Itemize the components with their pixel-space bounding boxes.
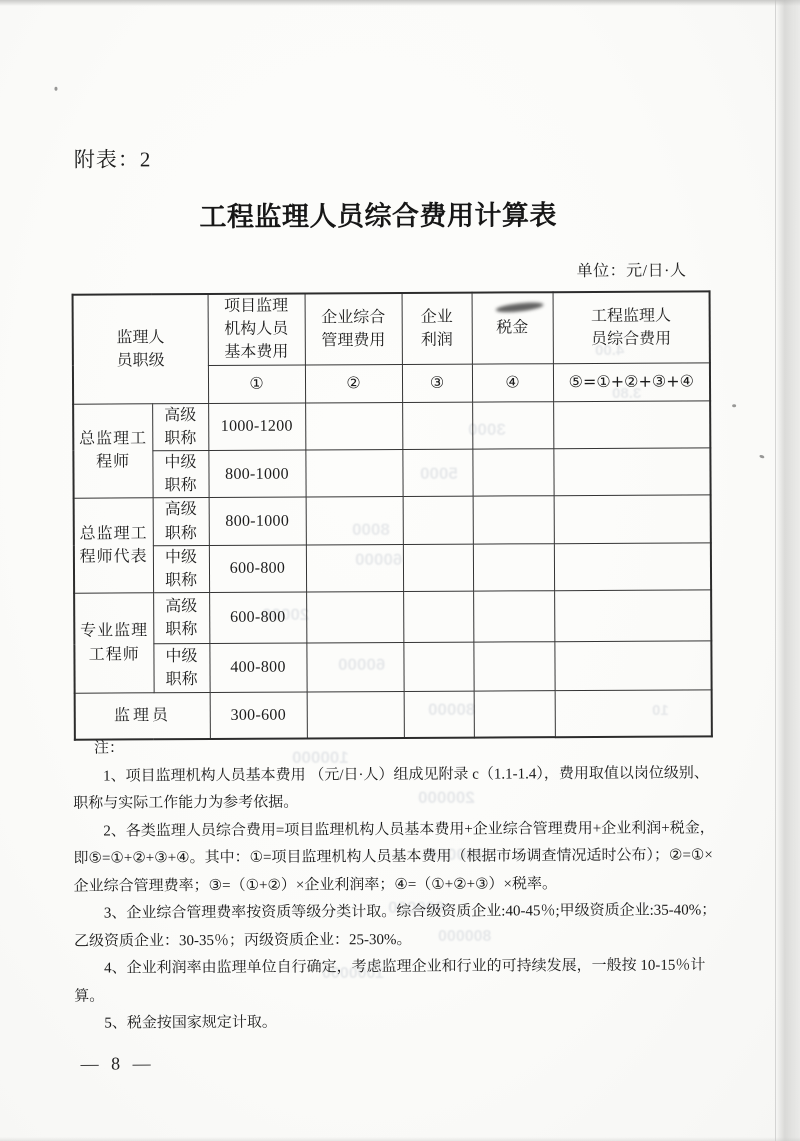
page-number: — 8 — (81, 1053, 155, 1074)
fee-calculation-table: 监理人 员职级 项目监理 机构人员 基本费用 企业综合 管理费用 企业 利润 税… (72, 290, 713, 740)
empty-cell (472, 449, 553, 497)
empty-cell (554, 590, 711, 642)
group-chief-representative: 总监理工 程师代表 (74, 498, 153, 593)
empty-cell (403, 496, 473, 544)
header-profit: 企业 利润 (402, 293, 472, 364)
header-mgmt-fee: 企业综合 管理费用 (305, 293, 402, 365)
empty-cell (403, 591, 473, 642)
notes-section: 注： 1、项目监理机构人员基本费用 （元/日·人）组成见附录 c（1.1-1.4… (73, 732, 719, 1038)
subheader-5-formula: ⑤=①+②+③+④ (553, 362, 710, 401)
empty-cell (473, 591, 554, 642)
basic-fee-value: 400-800 (209, 643, 306, 693)
basic-fee-value: 800-1000 (208, 450, 305, 498)
subheader-1: ① (208, 365, 305, 404)
title-senior: 高级 职称 (153, 498, 209, 546)
empty-cell (307, 692, 404, 739)
empty-cell (473, 543, 554, 591)
basic-fee-value: 600-800 (209, 592, 306, 644)
empty-cell (472, 401, 553, 449)
empty-cell (554, 641, 711, 691)
subheader-2: ② (305, 364, 402, 403)
notes-label: 注： (73, 732, 717, 763)
scan-edge-right (775, 0, 800, 1141)
subheader-3: ③ (402, 364, 472, 402)
empty-cell (305, 402, 402, 450)
empty-cell (306, 497, 403, 545)
ink-speck (759, 454, 765, 459)
empty-cell (404, 691, 474, 737)
empty-cell (553, 448, 710, 496)
empty-cell (554, 543, 711, 591)
group-specialty-supervisor: 专业监理 工程师 (74, 593, 154, 693)
empty-cell (474, 691, 555, 737)
note-item-5: 5、税金按国家规定计取。 (74, 1007, 718, 1038)
basic-fee-value: 1000-1200 (208, 403, 305, 451)
empty-cell (306, 544, 403, 592)
basic-fee-value: 800-1000 (209, 497, 306, 545)
header-total: 工程监理人 员综合费用 (553, 291, 710, 363)
empty-cell (306, 643, 403, 693)
empty-cell (305, 449, 402, 497)
ink-speck (732, 404, 736, 407)
title-mid: 中级 职称 (152, 450, 208, 498)
scan-edge-top (0, 0, 800, 6)
subheader-4: ④ (472, 363, 553, 401)
note-item-4: 4、企业利润率由监理单位自行确定，考虑监理企业和行业的可持续发展，一般按 10-… (74, 952, 718, 1010)
empty-cell (555, 690, 712, 737)
note-item-1: 1、项目监理机构人员基本费用 （元/日·人）组成见附录 c（1.1-1.4），费… (73, 760, 717, 818)
basic-fee-value: 300-600 (210, 692, 307, 739)
empty-cell (403, 642, 473, 691)
header-basic-fee: 项目监理 机构人员 基本费用 (208, 293, 305, 365)
group-chief-supervisor: 总监理工 程师 (73, 403, 152, 498)
unit-label: 单位：元/日·人 (577, 257, 687, 281)
title-mid: 中级 职称 (153, 644, 209, 693)
row-supervisor-label: 监理员 (75, 693, 210, 740)
empty-cell (473, 496, 554, 544)
document-title: 工程监理人员综合费用计算表 (0, 192, 758, 235)
note-item-3: 3、企业综合管理费率按资质等级分类计取。综合级资质企业:40-45％;甲级资质企… (74, 897, 718, 955)
ink-speck (54, 87, 57, 91)
scan-edge-bottom (0, 1137, 800, 1141)
empty-cell (306, 592, 403, 644)
scanned-document-page: 4.003.8030005000800060000200006000080000… (0, 0, 800, 1141)
empty-cell (553, 400, 710, 448)
title-senior: 高级 职称 (152, 403, 208, 451)
annex-label: 附表：2 (74, 143, 152, 173)
empty-cell (554, 495, 711, 543)
empty-cell (403, 544, 473, 592)
header-rank: 监理人 员职级 (73, 294, 209, 404)
title-mid: 中级 职称 (153, 545, 209, 593)
empty-cell (402, 402, 472, 450)
page-content: 附表：2 工程监理人员综合费用计算表 单位：元/日·人 监理人 员职级 项目监理… (0, 0, 800, 1141)
note-item-2: 2、各类监理人员综合费用=项目监理机构人员基本费用+企业综合管理费用+企业利润+… (73, 815, 717, 901)
title-senior: 高级 职称 (153, 593, 209, 644)
empty-cell (402, 449, 472, 497)
basic-fee-value: 600-800 (209, 545, 306, 593)
empty-cell (473, 642, 554, 691)
